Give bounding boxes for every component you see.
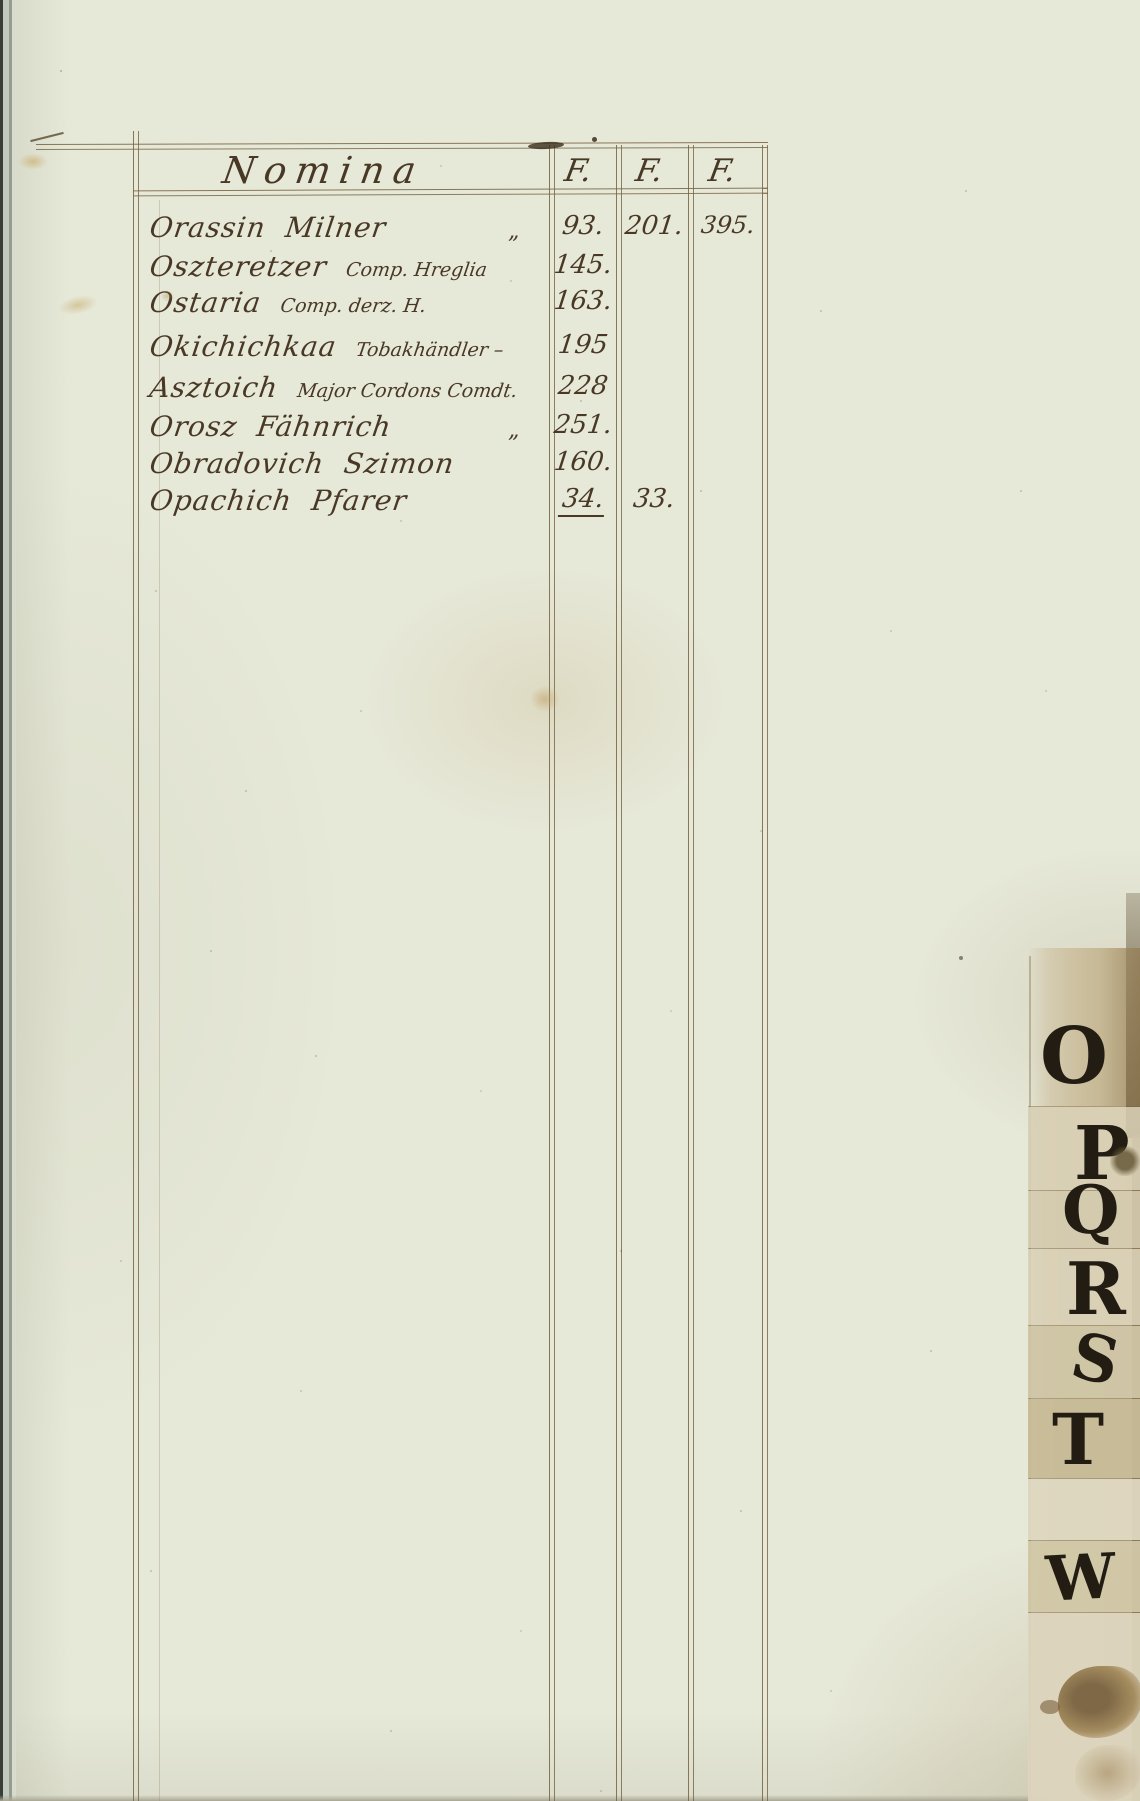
row-note: Fähnrich bbox=[255, 410, 394, 443]
scanned-ledger-page: { "page": { "description": "Handwritten … bbox=[0, 0, 1140, 1801]
stain-satellite bbox=[1040, 1700, 1060, 1714]
index-tab-q[interactable]: Q bbox=[1028, 1191, 1140, 1248]
table-row: Orosz Fähnrich „ 251. bbox=[140, 410, 780, 452]
stain bbox=[18, 153, 48, 170]
index-tab-w[interactable]: W bbox=[1028, 1541, 1140, 1612]
folio-column-header-1: F. bbox=[562, 153, 595, 189]
index-tab-o[interactable]: O bbox=[1028, 948, 1140, 1106]
table-row: Obradovich Szimon 160. bbox=[140, 447, 780, 489]
tab-letter: O bbox=[1040, 1018, 1108, 1096]
page-bottom-edge bbox=[0, 1795, 1140, 1801]
row-note: Milner bbox=[283, 211, 388, 244]
row-folio-2: 201. bbox=[618, 211, 690, 241]
row-name: Ostaria Comp. derz. H. bbox=[148, 286, 429, 319]
row-name: Obradovich Szimon bbox=[148, 447, 457, 480]
row-note: Pfarer bbox=[309, 484, 409, 517]
tab-letter: R bbox=[1066, 1253, 1126, 1325]
folio-column-header-3: F. bbox=[706, 153, 739, 189]
row-folio-1: 93. bbox=[547, 211, 619, 241]
ditto-mark: „ bbox=[508, 219, 519, 244]
ditto-mark: „ bbox=[508, 418, 519, 443]
stain bbox=[57, 292, 100, 318]
table-row: Opachich Pfarer 34. 33. bbox=[140, 484, 780, 526]
table-header: Nomina F. F. F. bbox=[133, 147, 768, 189]
row-folio-3: 395. bbox=[690, 211, 765, 239]
table-row: Okichichkaa Tobakhändler – 195 bbox=[140, 330, 780, 372]
stain-streak bbox=[1075, 1745, 1140, 1801]
index-tab-r[interactable]: R bbox=[1028, 1249, 1140, 1325]
row-folio-1: 228 bbox=[547, 371, 619, 401]
stain bbox=[530, 686, 560, 712]
ink-dot bbox=[592, 137, 597, 142]
table-row: Ostaria Comp. derz. H. 163. bbox=[140, 286, 780, 328]
tab-letter: T bbox=[1052, 1405, 1104, 1475]
stain bbox=[160, 290, 174, 302]
row-note: Tobakhändler – bbox=[354, 339, 505, 361]
row-folio-2: 33. bbox=[618, 484, 690, 514]
tab-letter: W bbox=[1044, 1545, 1117, 1611]
row-note: Comp. Hreglia bbox=[345, 259, 489, 281]
nomina-heading: Nomina bbox=[220, 149, 428, 192]
row-folio-1: 251. bbox=[547, 410, 619, 440]
table-row: Orassin Milner „ 93. 201. 395. bbox=[140, 211, 780, 253]
row-name: Asztoich Major Cordons Comdt. bbox=[148, 371, 520, 404]
row-name: Opachich Pfarer bbox=[148, 484, 410, 517]
row-name: Orassin Milner bbox=[148, 211, 389, 244]
row-note: Major Cordons Comdt. bbox=[296, 380, 519, 402]
row-note: Comp. derz. H. bbox=[279, 295, 428, 317]
row-note: Szimon bbox=[342, 447, 457, 480]
row-folio-1: 163. bbox=[547, 286, 619, 316]
table-row: Asztoich Major Cordons Comdt. 228 bbox=[140, 371, 780, 413]
row-name: Oszteretzer Comp. Hreglia bbox=[148, 250, 490, 283]
page-edge-strip-3 bbox=[12, 0, 16, 1801]
index-tab-s[interactable]: S bbox=[1028, 1326, 1140, 1398]
table-left-border bbox=[133, 131, 139, 1801]
tab-letter: Q bbox=[1062, 1177, 1120, 1243]
row-folio-1: 195 bbox=[547, 330, 619, 360]
row-name: Okichichkaa Tobakhändler – bbox=[148, 330, 507, 363]
row-folio-1: 160. bbox=[547, 447, 619, 477]
folio-column-header-2: F. bbox=[633, 153, 666, 189]
row-folio-1: 145. bbox=[547, 250, 619, 280]
paper-specks bbox=[60, 70, 62, 72]
row-folio-1: 34. bbox=[547, 484, 619, 514]
index-tab-blank[interactable] bbox=[1028, 1479, 1140, 1540]
row-name: Orosz Fähnrich bbox=[148, 410, 394, 443]
index-tab-t[interactable]: T bbox=[1028, 1399, 1140, 1478]
top-rule-tick bbox=[30, 132, 63, 142]
tab-letter: S bbox=[1066, 1324, 1125, 1396]
